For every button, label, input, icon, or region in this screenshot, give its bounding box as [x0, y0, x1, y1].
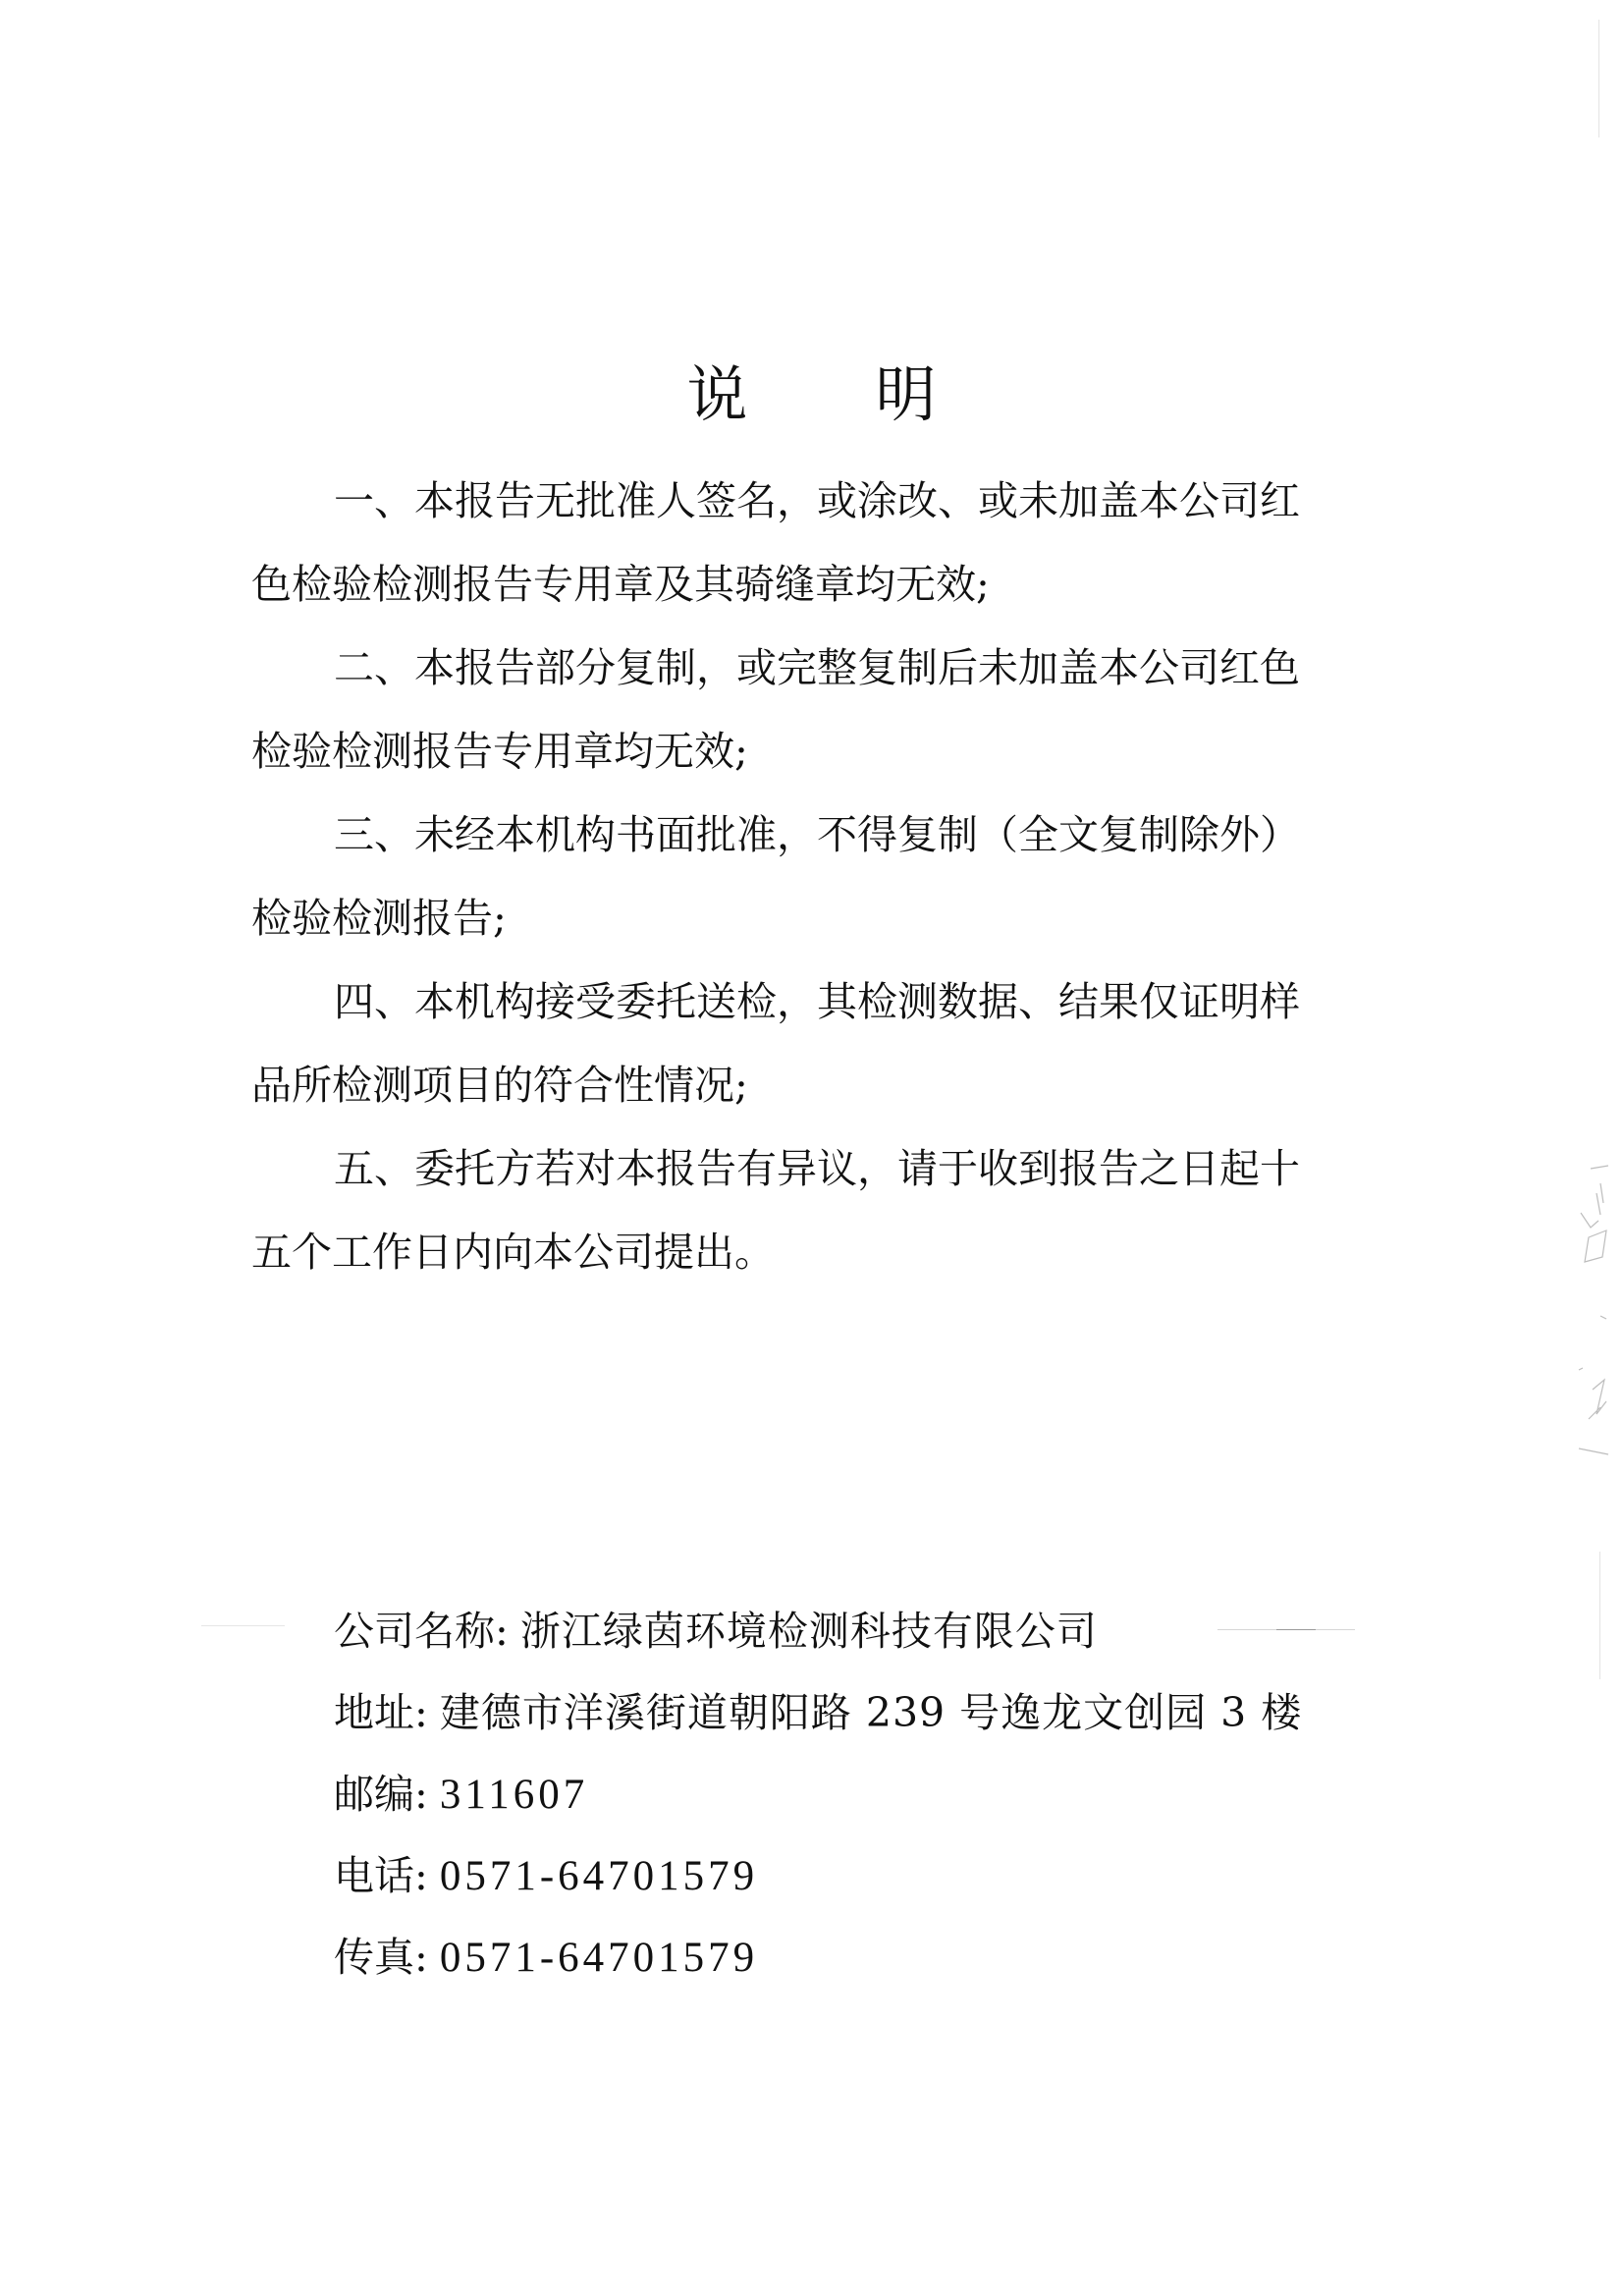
fax-label: 传真:: [334, 1930, 428, 1985]
scan-edge-line: [1598, 20, 1599, 137]
page-title: 说明: [0, 355, 1623, 434]
notice-line: 色检验检测报告专用章及其骑缝章均无效;: [251, 557, 1351, 612]
phone-label: 电话:: [334, 1848, 428, 1903]
contact-fax: 传真:0571-64701579: [334, 1930, 1302, 1985]
notice-line: 检验检测报告专用章均无效;: [251, 724, 1351, 779]
notice-line: 品所检测项目的符合性情况;: [251, 1058, 1351, 1113]
scan-edge-line: [1599, 1552, 1600, 1679]
title-char-2: 明: [876, 355, 937, 434]
notice-item-4: 四、本机构接受委托送检，其检测数据、结果仅证明样 品所检测项目的符合性情况;: [251, 974, 1351, 1113]
contact-postcode: 邮编:311607: [334, 1767, 1302, 1822]
notice-line: 五、委托方若对本报告有异议，请于收到报告之日起十: [251, 1141, 1351, 1196]
fax-value: 0571-64701579: [440, 1931, 758, 1986]
notice-line: 四、本机构接受委托送检，其检测数据、结果仅证明样: [251, 974, 1351, 1029]
title-char-1: 说: [686, 355, 747, 434]
notice-line: 一、本报告无批准人签名，或涂改、或未加盖本公司红: [251, 473, 1351, 528]
company-label: 公司名称:: [334, 1604, 509, 1659]
notice-line: 检验检测报告;: [251, 891, 1351, 946]
notice-item-1: 一、本报告无批准人签名，或涂改、或未加盖本公司红 色检验检测报告专用章及其骑缝章…: [251, 473, 1351, 612]
notice-line: 三、未经本机构书面批准，不得复制（全文复制除外）: [251, 807, 1351, 862]
scan-artifact-line: [201, 1625, 285, 1626]
notice-line: 五个工作日内向本公司提出。: [251, 1225, 1351, 1280]
postcode-value: 311607: [440, 1768, 588, 1823]
company-name: 浙江绿茵环境检测科技有限公司: [520, 1604, 1098, 1659]
contact-company: 公司名称:浙江绿茵环境检测科技有限公司: [334, 1604, 1302, 1659]
address-label: 地址:: [334, 1685, 428, 1740]
contact-info: 公司名称:浙江绿茵环境检测科技有限公司 地址:建德市洋溪街道朝阳路 239 号逸…: [334, 1604, 1302, 2011]
notice-item-5: 五、委托方若对本报告有异议，请于收到报告之日起十 五个工作日内向本公司提出。: [251, 1141, 1351, 1280]
address-value: 建德市洋溪街道朝阳路 239 号逸龙文创园 3 楼: [440, 1685, 1302, 1740]
document-page: 说明 一、本报告无批准人签名，或涂改、或未加盖本公司红 色检验检测报告专用章及其…: [0, 0, 1623, 2296]
contact-address: 地址:建德市洋溪街道朝阳路 239 号逸龙文创园 3 楼: [334, 1685, 1302, 1740]
phone-value: 0571-64701579: [440, 1849, 758, 1904]
seal-fragment-icon: [1571, 1144, 1610, 1478]
notice-item-2: 二、本报告部分复制，或完整复制后未加盖本公司红色 检验检测报告专用章均无效;: [251, 640, 1351, 779]
notice-item-3: 三、未经本机构书面批准，不得复制（全文复制除外） 检验检测报告;: [251, 807, 1351, 946]
notice-list: 一、本报告无批准人签名，或涂改、或未加盖本公司红 色检验检测报告专用章及其骑缝章…: [251, 473, 1351, 1308]
contact-phone: 电话:0571-64701579: [334, 1848, 1302, 1903]
postcode-label: 邮编:: [334, 1767, 428, 1822]
notice-line: 二、本报告部分复制，或完整复制后未加盖本公司红色: [251, 640, 1351, 695]
